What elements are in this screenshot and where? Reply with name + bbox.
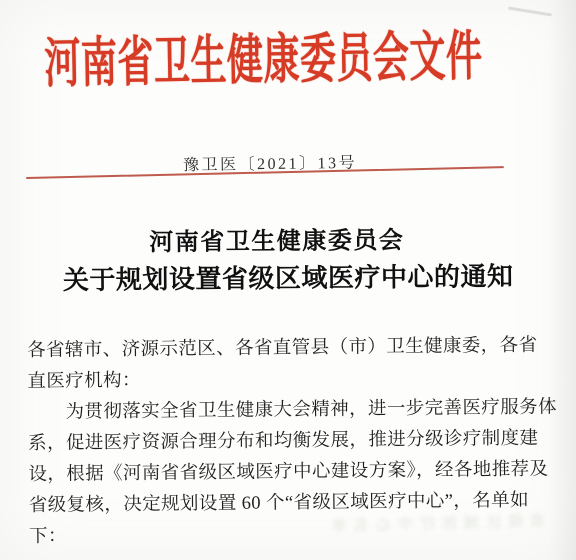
notice-title-line1: 河南省卫生健康委员会 [0, 226, 554, 259]
notice-title-block: 河南省卫生健康委员会 关于规划设置省级区域医疗中心的通知 [0, 225, 576, 296]
scan-scratch-mark [508, 7, 552, 17]
body-line-paragraph-4: 省级复核，决定规划设置 60 个“省级区域医疗中心”，名单如 [29, 486, 545, 522]
document-body: 各省辖市、济源示范区、各省直管县（市）卫生健康委，各省 直医疗机构： 为贯彻落实… [27, 331, 545, 553]
body-line-addressees: 各省辖市、济源示范区、各省直管县（市）卫生健康委，各省 [27, 331, 543, 367]
body-line-paragraph-5: 下： [29, 517, 545, 553]
scanned-document-page: 省级区域医疗中心名单 河南省卫生健康委员会文件 豫卫医〔2021〕13号 河南省… [0, 0, 576, 560]
letterhead-title: 河南省卫生健康委员会文件 [44, 29, 483, 91]
notice-title-line2: 关于规划设置省级区域医疗中心的通知 [0, 261, 576, 296]
